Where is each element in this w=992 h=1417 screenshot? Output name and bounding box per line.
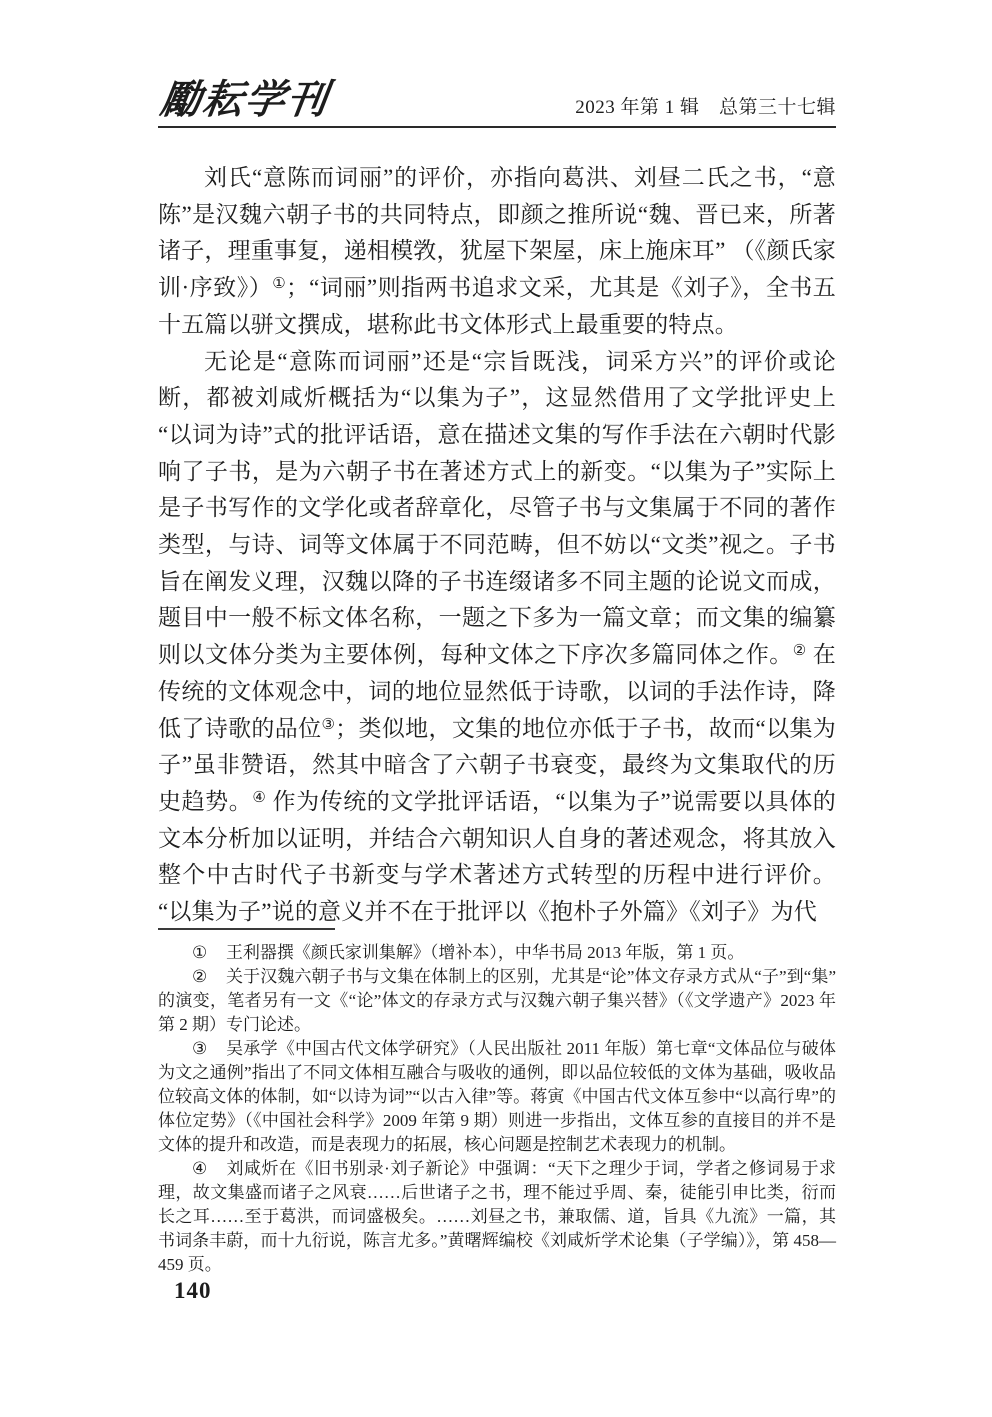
footnotes-section: ①王利器撰《颜氏家训集解》（增补本），中华书局 2013 年版，第 1 页。②关… xyxy=(158,941,836,1277)
footnote-separator xyxy=(158,928,335,930)
body-paragraph: 刘氏“意陈而词丽”的评价，亦指向葛洪、刘昼二氏之书，“意陈”是汉魏六朝子书的共同… xyxy=(158,160,836,344)
footnote-ref: ① xyxy=(272,276,286,292)
body-paragraphs: 刘氏“意陈而词丽”的评价，亦指向葛洪、刘昼二氏之书，“意陈”是汉魏六朝子书的共同… xyxy=(158,160,836,931)
footnote-marker: ① xyxy=(192,943,207,962)
journal-logo: 勵耘学刊 xyxy=(158,80,332,120)
footnote-ref: ② xyxy=(793,643,807,659)
issue-info: 2023 年第 1 辑 总第三十七辑 xyxy=(575,98,836,120)
footnote-marker: ② xyxy=(192,967,207,986)
footnote-text: 关于汉魏六朝子书与文集在体制上的区别，尤其是“论”体文存录方式从“子”到“集”的… xyxy=(158,967,836,1034)
article-body: 刘氏“意陈而词丽”的评价，亦指向葛洪、刘昼二氏之书，“意陈”是汉魏六朝子书的共同… xyxy=(158,160,836,931)
footnote-item: ①王利器撰《颜氏家训集解》（增补本），中华书局 2013 年版，第 1 页。 xyxy=(158,941,836,965)
footnote-text: 刘咸炘在《旧书别录·刘子新论》中强调：“天下之理少于词，学者之修词易于求理，故文… xyxy=(158,1159,836,1274)
page-number: 140 xyxy=(174,1278,212,1303)
footnote-text: 王利器撰《颜氏家训集解》（增补本），中华书局 2013 年版，第 1 页。 xyxy=(226,943,745,962)
body-paragraph: 无论是“意陈而词丽”还是“宗旨既浅，词采方兴”的评价或论断，都被刘咸炘概括为“以… xyxy=(158,344,836,931)
journal-page: 勵耘学刊 2023 年第 1 辑 总第三十七辑 刘氏“意陈而词丽”的评价，亦指向… xyxy=(0,0,992,1417)
footnote-item: ③吴承学《中国古代文体学研究》（人民出版社 2011 年版）第七章“文体品位与破… xyxy=(158,1037,836,1157)
footnote-ref: ③ xyxy=(322,717,336,733)
footnote-marker: ③ xyxy=(192,1039,207,1058)
page-footer: 140 xyxy=(174,1278,212,1304)
footnote-marker: ④ xyxy=(192,1159,208,1178)
footnote-ref: ④ xyxy=(252,790,266,806)
footnote-item: ②关于汉魏六朝子书与文集在体制上的区别，尤其是“论”体文存录方式从“子”到“集”… xyxy=(158,965,836,1037)
footnote-text: 吴承学《中国古代文体学研究》（人民出版社 2011 年版）第七章“文体品位与破体… xyxy=(158,1039,836,1154)
page-header: 勵耘学刊 2023 年第 1 辑 总第三十七辑 xyxy=(158,78,836,128)
footnote-item: ④刘咸炘在《旧书别录·刘子新论》中强调：“天下之理少于词，学者之修词易于求理，故… xyxy=(158,1157,836,1277)
